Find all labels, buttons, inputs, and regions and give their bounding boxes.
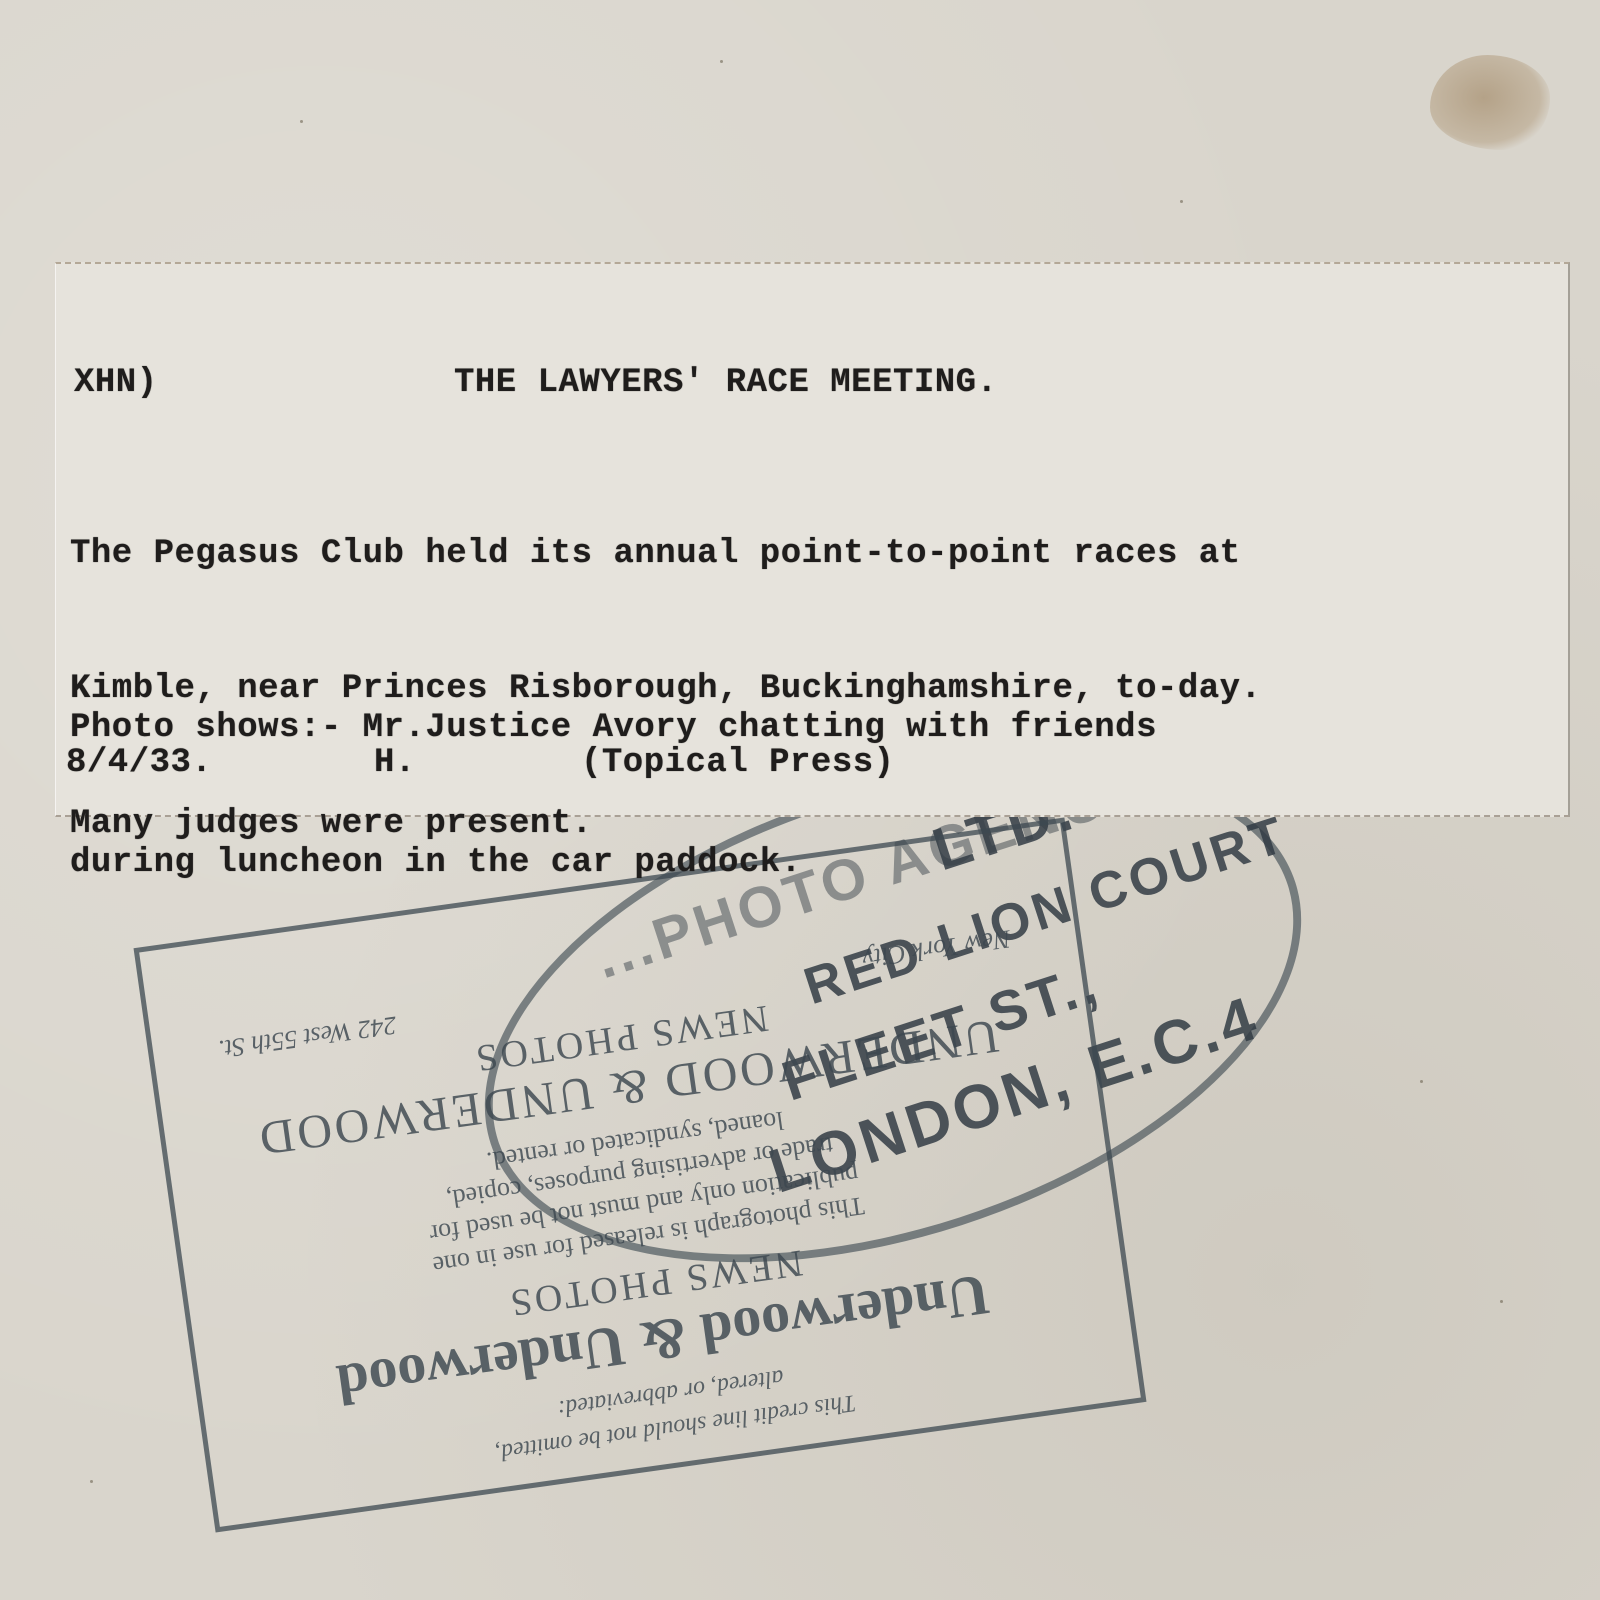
paper-speck [720, 60, 723, 63]
water-stain [1430, 55, 1550, 150]
paper-speck [300, 120, 303, 123]
paper-speck [1180, 200, 1183, 203]
caption-agency: (Topical Press) [581, 744, 895, 782]
caption-title: THE LAWYERS' RACE MEETING. [454, 364, 998, 402]
paper-speck [1500, 1300, 1503, 1303]
caption-paragraph-2: Photo shows:- Mr.Justice Avory chatting … [70, 616, 1157, 976]
paper-speck [1420, 1080, 1423, 1083]
address-text: 242 West 55th St. [216, 1010, 398, 1065]
text-line: The Pegasus Club held its annual point-t… [70, 532, 1262, 577]
text-line: during luncheon in the car paddock. [70, 841, 1157, 886]
reference-code: XHN) [74, 364, 158, 402]
caption-date: 8/4/33. [66, 744, 212, 782]
paper-speck [90, 1480, 93, 1483]
typed-caption-strip: XHN) THE LAWYERS' RACE MEETING. The Pega… [55, 262, 1570, 817]
caption-initial: H. [374, 744, 416, 782]
